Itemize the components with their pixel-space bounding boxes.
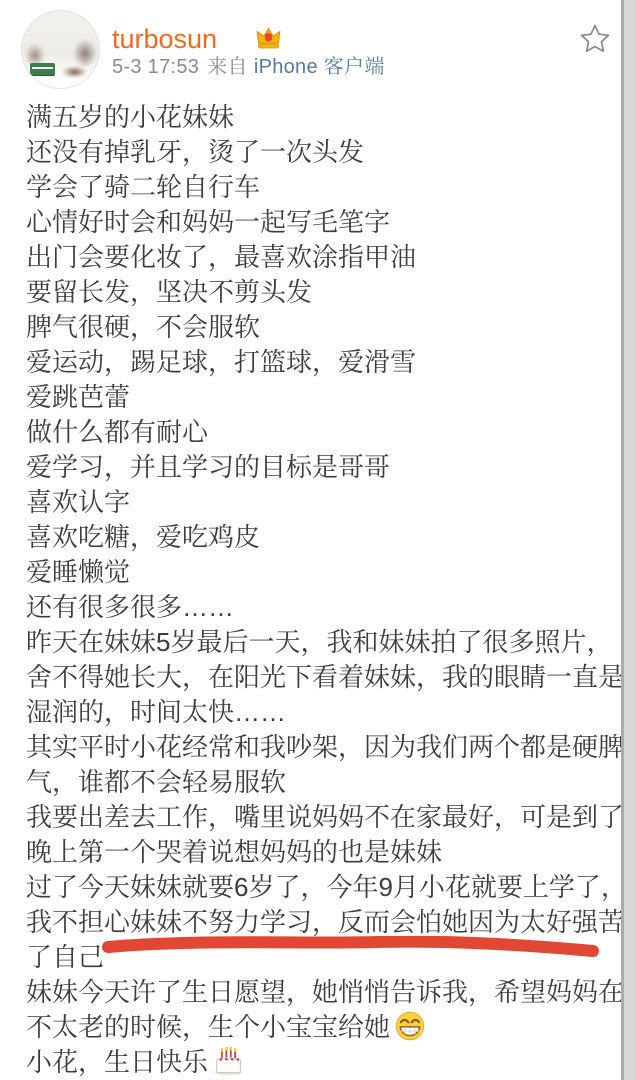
page-edge-strip bbox=[621, 0, 635, 1080]
post-text-line: 学会了骑二轮自行车 bbox=[26, 170, 622, 205]
post-text: 晚上第一个哭着说想妈妈的也是妹妹 bbox=[26, 837, 442, 867]
timestamp: 5-3 17:53 bbox=[112, 56, 199, 78]
post-text: 其实平时小花经常和我吵架，因为我们两个都是硬脾 bbox=[26, 732, 624, 762]
post-text-line: 爱学习，并且学习的目标是哥哥 bbox=[26, 450, 622, 485]
post-text-line: 满五岁的小花妹妹 bbox=[26, 100, 622, 135]
favorite-star-icon[interactable] bbox=[578, 22, 612, 58]
post-text-line: 了自己 bbox=[26, 940, 622, 975]
username[interactable]: turbosun bbox=[112, 24, 217, 54]
post-text-line: 过了今天妹妹就要6岁了，今年9月小花就要上学了， bbox=[26, 870, 622, 905]
post-text-line: 还有很多很多…… bbox=[26, 590, 622, 625]
post-text-line: 妹妹今天许了生日愿望，她悄悄告诉我，希望妈妈在 bbox=[26, 975, 622, 1010]
post-text: 学会了骑二轮自行车 bbox=[26, 172, 260, 202]
post-text: 昨天在妹妹5岁最后一天，我和妹妹拍了很多照片， bbox=[26, 627, 612, 657]
post-text: 满五岁的小花妹妹 bbox=[26, 102, 234, 132]
post-text: 脾气很硬，不会服软 bbox=[26, 312, 260, 342]
post-text: 爱睡懒觉 bbox=[26, 557, 130, 587]
post-text-line: 昨天在妹妹5岁最后一天，我和妹妹拍了很多照片， bbox=[26, 625, 622, 660]
source-prefix: 来自 bbox=[207, 56, 248, 78]
post-text-line: 还没有掉乳牙，烫了一次头发 bbox=[26, 135, 622, 170]
post-text: 出门会要化妆了，最喜欢涂指甲油 bbox=[26, 242, 416, 272]
weibo-post-page: turbosun 5-3 17:53来自iPhone 客户端 满五岁的小花妹妹还… bbox=[0, 0, 635, 1080]
post-text: 我不担心妹妹不努力学习，反而会怕她因为太好强苦 bbox=[26, 907, 624, 937]
post-text: 舍不得她长大，在阳光下看着妹妹，我的眼睛一直是 bbox=[26, 662, 624, 692]
post-text-line: 爱运动，踢足球，打篮球，爱滑雪 bbox=[26, 345, 622, 380]
birthday-cake-emoji bbox=[213, 1046, 245, 1080]
post-text: 爱运动，踢足球，打篮球，爱滑雪 bbox=[26, 347, 416, 377]
post-text: 要留长发，坚决不剪头发 bbox=[26, 277, 312, 307]
post-text: 喜欢吃糖，爱吃鸡皮 bbox=[26, 522, 260, 552]
avatar-tree-right bbox=[73, 39, 98, 68]
post-text-line-underlined: 我不担心妹妹不努力学习，反而会怕她因为太好强苦 bbox=[26, 905, 622, 940]
post-text: 了自己 bbox=[26, 942, 104, 972]
post-text: 心情好时会和妈妈一起写毛笔字 bbox=[26, 207, 390, 237]
post-text-line: 我要出差去工作，嘴里说妈妈不在家最好，可是到了 bbox=[26, 800, 622, 835]
post-text: 小花，生日快乐 bbox=[26, 1047, 208, 1077]
post-text-line: 脾气很硬，不会服软 bbox=[26, 310, 622, 345]
avatar-green-vehicle bbox=[30, 63, 55, 75]
post-text: 喜欢认字 bbox=[26, 487, 130, 517]
post-text-line: 出门会要化妆了，最喜欢涂指甲油 bbox=[26, 240, 622, 275]
grin-emoji bbox=[395, 1011, 425, 1050]
avatar-snow-ground bbox=[22, 79, 99, 88]
post-text-line: 爱跳芭蕾 bbox=[26, 380, 622, 415]
post-text-line: 喜欢吃糖，爱吃鸡皮 bbox=[26, 520, 622, 555]
post-text: 还没有掉乳牙，烫了一次头发 bbox=[26, 137, 364, 167]
post-text-line: 心情好时会和妈妈一起写毛笔字 bbox=[26, 205, 622, 240]
post-text-line: 要留长发，坚决不剪头发 bbox=[26, 275, 622, 310]
post-text-line: 湿润的，时间太快…… bbox=[26, 695, 622, 730]
source-link[interactable]: iPhone 客户端 bbox=[254, 56, 385, 78]
post-text: 做什么都有耐心 bbox=[26, 417, 208, 447]
post-text-line: 气，谁都不会轻易服软 bbox=[26, 765, 622, 800]
post-text: 湿润的，时间太快…… bbox=[26, 697, 286, 727]
post-text: 爱学习，并且学习的目标是哥哥 bbox=[26, 452, 390, 482]
post-text: 过了今天妹妹就要6岁了，今年9月小花就要上学了， bbox=[26, 872, 627, 902]
post-text: 气，谁都不会轻易服软 bbox=[26, 767, 286, 797]
post-body: 满五岁的小花妹妹还没有掉乳牙，烫了一次头发学会了骑二轮自行车心情好时会和妈妈一起… bbox=[26, 100, 622, 1080]
post-text-line: 其实平时小花经常和我吵架，因为我们两个都是硬脾 bbox=[26, 730, 622, 765]
post-text-line: 喜欢认字 bbox=[26, 485, 622, 520]
post-text-line: 爱睡懒觉 bbox=[26, 555, 622, 590]
post-text-line: 做什么都有耐心 bbox=[26, 415, 622, 450]
avatar-sled bbox=[62, 66, 87, 78]
post-text: 我要出差去工作，嘴里说妈妈不在家最好，可是到了 bbox=[26, 802, 624, 832]
post-text-line: 舍不得她长大，在阳光下看着妹妹，我的眼睛一直是 bbox=[26, 660, 622, 695]
post-text-line: 不太老的时候，生个小宝宝给她 bbox=[26, 1010, 622, 1045]
vip-crown-icon bbox=[256, 27, 281, 50]
post-text: 爱跳芭蕾 bbox=[26, 382, 130, 412]
avatar[interactable] bbox=[21, 10, 100, 89]
post-text-line: 小花，生日快乐 bbox=[26, 1045, 622, 1080]
post-meta: 5-3 17:53来自iPhone 客户端 bbox=[112, 55, 385, 79]
post-text: 妹妹今天许了生日愿望，她悄悄告诉我，希望妈妈在 bbox=[26, 977, 624, 1007]
post-text: 还有很多很多…… bbox=[26, 592, 234, 622]
post-text-line: 晚上第一个哭着说想妈妈的也是妹妹 bbox=[26, 835, 622, 870]
post-text: 不太老的时候，生个小宝宝给她 bbox=[26, 1012, 390, 1042]
